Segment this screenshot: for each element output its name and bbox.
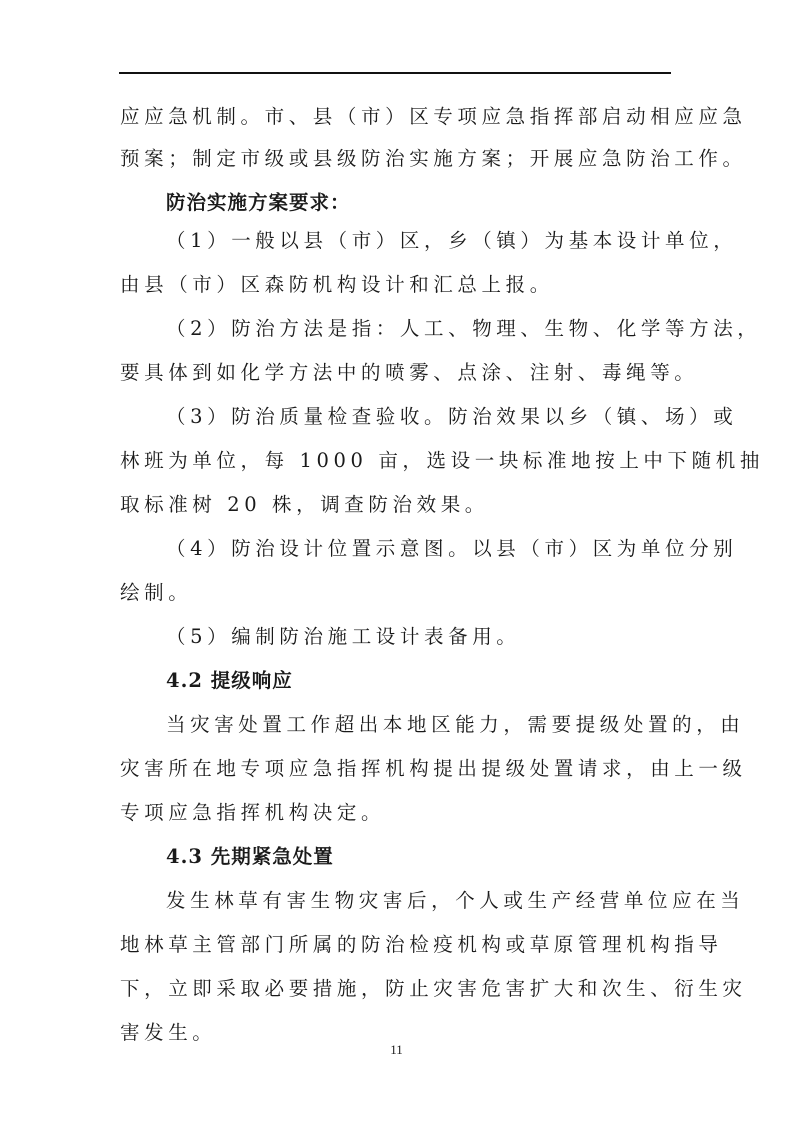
section-heading-plan-requirements: 防治实施方案要求： (166, 190, 672, 216)
text-line: 取标准树 20 株，调查防治效果。 (120, 492, 672, 518)
text-line: 应应急机制。市、县（市）区专项应急指挥部启动相应应急 (120, 104, 672, 130)
section-heading-4-2: 4.2 提级响应 (166, 668, 672, 694)
text-line: 地林草主管部门所属的防治检疫机构或草原管理机构指导 (120, 932, 672, 958)
text-line: （1）一般以县（市）区，乡（镇）为基本设计单位， (166, 228, 672, 254)
text-line: 林班为单位，每 1000 亩，选设一块标准地按上中下随机抽 (120, 448, 672, 474)
text-line: （2）防治方法是指：人工、物理、生物、化学等方法， (166, 316, 672, 342)
section-heading-4-3: 4.3 先期紧急处置 (166, 844, 672, 870)
header-rule (119, 72, 671, 74)
text-line: 专项应急指挥机构决定。 (120, 800, 672, 826)
text-line: 发生林草有害生物灾害后，个人或生产经营单位应在当 (166, 888, 672, 914)
text-line: （3）防治质量检查验收。防治效果以乡（镇、场）或 (166, 404, 672, 430)
text-line: （5）编制防治施工设计表备用。 (166, 624, 672, 650)
text-line: 绘制。 (120, 580, 672, 606)
page-number: 11 (0, 1042, 793, 1058)
text-line: 当灾害处置工作超出本地区能力，需要提级处置的，由 (166, 712, 672, 738)
text-line: 要具体到如化学方法中的喷雾、点涂、注射、毒绳等。 (120, 360, 672, 386)
text-line: 预案；制定市级或县级防治实施方案；开展应急防治工作。 (120, 146, 672, 172)
text-line: 下，立即采取必要措施，防止灾害危害扩大和次生、衍生灾 (120, 976, 672, 1002)
text-line: 灾害所在地专项应急指挥机构提出提级处置请求，由上一级 (120, 756, 672, 782)
text-line: （4）防治设计位置示意图。以县（市）区为单位分别 (166, 536, 672, 562)
text-line: 由县（市）区森防机构设计和汇总上报。 (120, 272, 672, 298)
